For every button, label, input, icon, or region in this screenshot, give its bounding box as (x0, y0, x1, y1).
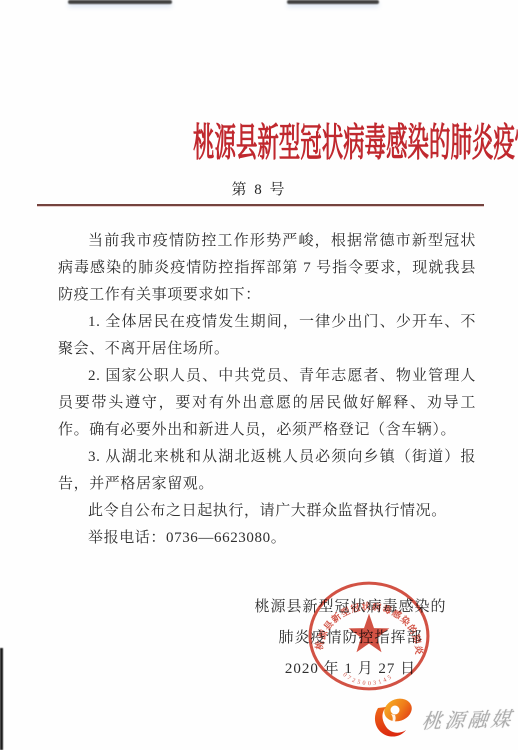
paragraph-intro: 当前我市疫情防控工作形势严峻，根据常德市新型冠状病毒感染的肺炎疫情防控指挥部第 … (58, 228, 476, 309)
document-number: 第 8 号 (0, 181, 518, 199)
official-seal: 桃源县新型冠状病毒感染的肺炎疫情防控指挥部 0725003145 (306, 579, 432, 693)
scan-artifact-left-edge (0, 648, 3, 750)
paragraph-hotline: 举报电话：0736—6623080。 (58, 525, 476, 552)
media-watermark: 桃源融媒 (371, 696, 514, 740)
document-body: 当前我市疫情防控工作形势严峻，根据常德市新型冠状病毒感染的肺炎疫情防控指挥部第 … (58, 228, 476, 552)
document-header: 桃源县新型冠状病毒感染的肺炎疫情防控指挥部令 (0, 0, 518, 166)
paragraph-item-1: 1. 全体居民在疫情发生期间，一律少出门、少开车、不聚会、不离开居住场所。 (58, 309, 476, 363)
watermark-text: 桃源融媒 (420, 702, 515, 734)
paragraph-item-3: 3. 从湖北来桃和从湖北返桃人员必须向乡镇（街道）报告，并严格居家留观。 (58, 444, 476, 498)
seal-star-icon (349, 614, 390, 653)
paragraph-item-2: 2. 国家公职人员、中共党员、青年志愿者、物业管理人员要带头遵守，要对有外出意愿… (58, 363, 476, 444)
paragraph-closing: 此令自公布之日起执行，请广大群众监督执行情况。 (58, 498, 476, 525)
document-title: 桃源县新型冠状病毒感染的肺炎疫情防控指挥部令 (193, 122, 518, 166)
document-page: 桃源县新型冠状病毒感染的肺炎疫情防控指挥部令 第 8 号 当前我市疫情防控工作形… (0, 0, 518, 750)
header-separator-line (37, 204, 484, 206)
flame-swirl-logo-icon (371, 696, 417, 740)
scan-artifact-top-right (287, 0, 379, 4)
scan-artifact-top-left (68, 0, 172, 4)
